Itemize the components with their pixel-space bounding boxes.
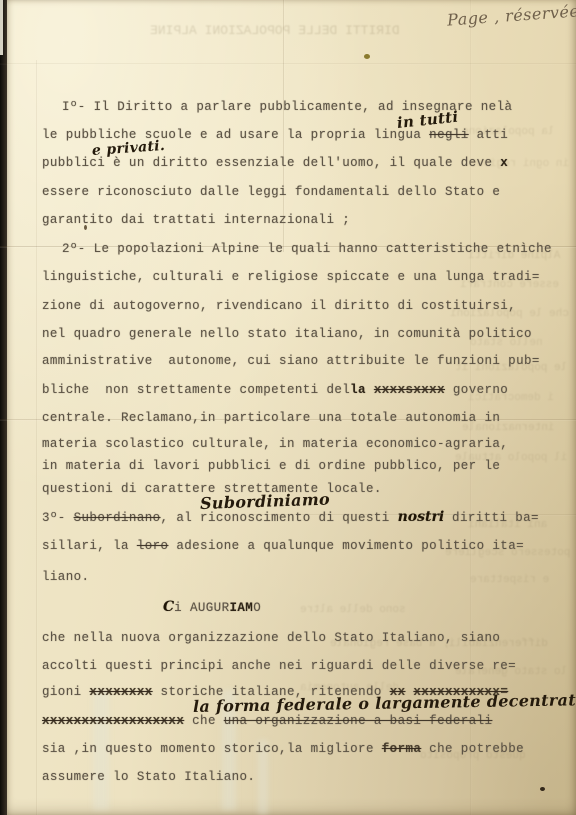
typed-text: garantito dai trattati internazionali ; <box>42 213 350 227</box>
typed-line: zione di autogoverno, rivendicano il dir… <box>42 299 516 313</box>
typeover-strike-text: forma <box>382 742 422 756</box>
typed-line: accolti questi principi anche nei riguar… <box>42 659 516 673</box>
typed-text: in materia di lavori pubblici e di ordin… <box>42 459 500 473</box>
typed-text: assumere lo Stato Italiano. <box>42 770 255 784</box>
ink-correction-text: C <box>163 599 174 615</box>
typed-text <box>366 383 374 397</box>
typed-text: accolti questi principi anche nei riguar… <box>42 659 516 673</box>
typeover-strike-text: xxxxsxxxx <box>374 383 445 397</box>
typed-line: centrale. Reclamano,in particolare una t… <box>42 411 500 425</box>
typed-text: nel quadro generale nello stato italiano… <box>42 327 532 341</box>
typed-text: O <box>253 601 261 615</box>
typed-text: sia ,in questo momento storico,la miglio… <box>42 742 382 756</box>
typed-text: che nella nuova organizzazione dello Sta… <box>42 631 500 645</box>
typed-line: che nella nuova organizzazione dello Sta… <box>42 631 500 645</box>
typed-line: le pubbliche scuole e ad usare la propri… <box>42 128 508 142</box>
typed-text: linguistiche, culturali e religiose spic… <box>42 270 540 284</box>
document-photo: DIRITTI DELLE POPOLAZIONI ALPINEla popol… <box>0 0 576 815</box>
paper-crease <box>0 63 576 64</box>
paper-speck <box>364 54 370 59</box>
overstruck-bold-text: x <box>500 156 508 170</box>
photo-left-edge <box>0 0 7 815</box>
typed-line: in materia di lavori pubblici e di ordin… <box>42 459 500 473</box>
typed-line: amministrative autonome, cui siano attri… <box>42 354 540 368</box>
typed-text: governo <box>445 383 508 397</box>
typed-line: 3º- Subordinano, al riconoscimento di qu… <box>42 510 539 525</box>
paper-crease <box>36 60 37 815</box>
overstruck-bold-text: la <box>350 383 366 397</box>
typed-line: linguistiche, culturali e religiose spic… <box>42 270 540 284</box>
typed-line: 2º- Le popolazioni Alpine le quali hanno… <box>62 242 552 256</box>
typed-line: essere riconosciuto dalle leggi fondamen… <box>42 185 500 199</box>
typed-line: bliche non strettamente competenti della… <box>42 383 508 397</box>
typed-line: garantito dai trattati internazionali ; <box>42 213 350 227</box>
typed-text: le pubbliche scuole e ad usare la propri… <box>42 128 429 142</box>
typed-text: atti <box>469 128 509 142</box>
typed-text: i AUGUR <box>174 601 229 615</box>
ink-correction-text: nostri <box>398 509 445 525</box>
typed-text: materia scolastico culturale, in materia… <box>42 437 508 451</box>
typed-line: materia scolastico culturale, in materia… <box>42 437 508 451</box>
typed-text: che potrebbe <box>421 742 524 756</box>
typed-text: bliche non strettamente competenti del <box>42 383 350 397</box>
bleedthrough-ghost-text: sono delle altre <box>300 604 406 616</box>
struck-text: una organizzazione a basi federali <box>224 714 493 728</box>
typed-line: assumere lo Stato Italiano. <box>42 770 255 784</box>
typeover-strike-text: xxxxxxxxxxxxxxxxxx <box>42 714 184 728</box>
typeover-strike-text: xxxxxxxx <box>89 685 152 699</box>
typed-line: sillari, la loro adesione a qualunque mo… <box>42 539 524 553</box>
typed-line: xxxxxxxxxxxxxxxxxx che una organizzazion… <box>42 714 492 728</box>
typed-text: 3º- <box>42 511 74 525</box>
typed-text: 2º- Le popolazioni Alpine le quali hanno… <box>62 242 552 256</box>
typed-line: nel quadro generale nello stato italiano… <box>42 327 532 341</box>
struck-text: loro <box>137 539 169 553</box>
typed-line: liano. <box>42 570 89 584</box>
typed-text: centrale. Reclamano,in particolare una t… <box>42 411 500 425</box>
typed-line: sia ,in questo momento storico,la miglio… <box>42 742 524 756</box>
paper-speck <box>84 225 87 230</box>
typed-text: essere riconosciuto dalle leggi fondamen… <box>42 185 500 199</box>
typed-line: pubblici è un diritto essenziale dell'uo… <box>42 156 508 170</box>
typed-text: amministrative autonome, cui siano attri… <box>42 354 540 368</box>
photo-edge-highlight <box>0 0 3 55</box>
typed-text: zione di autogoverno, rivendicano il dir… <box>42 299 516 313</box>
typed-line: Ci AUGURIAMO <box>163 600 261 615</box>
typed-text: , al riconoscimento di questi <box>161 511 398 525</box>
typed-text: diritti ba= <box>444 511 539 525</box>
bleedthrough-ghost-text: e rispettare <box>470 574 549 586</box>
typed-text: adesione a qualunque movimento politico … <box>168 539 524 553</box>
typed-text: gioni <box>42 685 89 699</box>
struck-text: negli <box>429 128 469 142</box>
struck-text: Subordinano <box>74 511 161 525</box>
typed-text: pubblici è un diritto essenziale dell'uo… <box>42 156 500 170</box>
typed-text: che <box>184 714 224 728</box>
typed-text: liano. <box>42 570 89 584</box>
overstruck-bold-text: IAM <box>229 601 253 615</box>
typed-text: sillari, la <box>42 539 137 553</box>
bleedthrough-ghost-text: DIRITTI DELLE POPOLAZIONI ALPINE <box>150 23 400 38</box>
paper-speck <box>540 787 545 791</box>
